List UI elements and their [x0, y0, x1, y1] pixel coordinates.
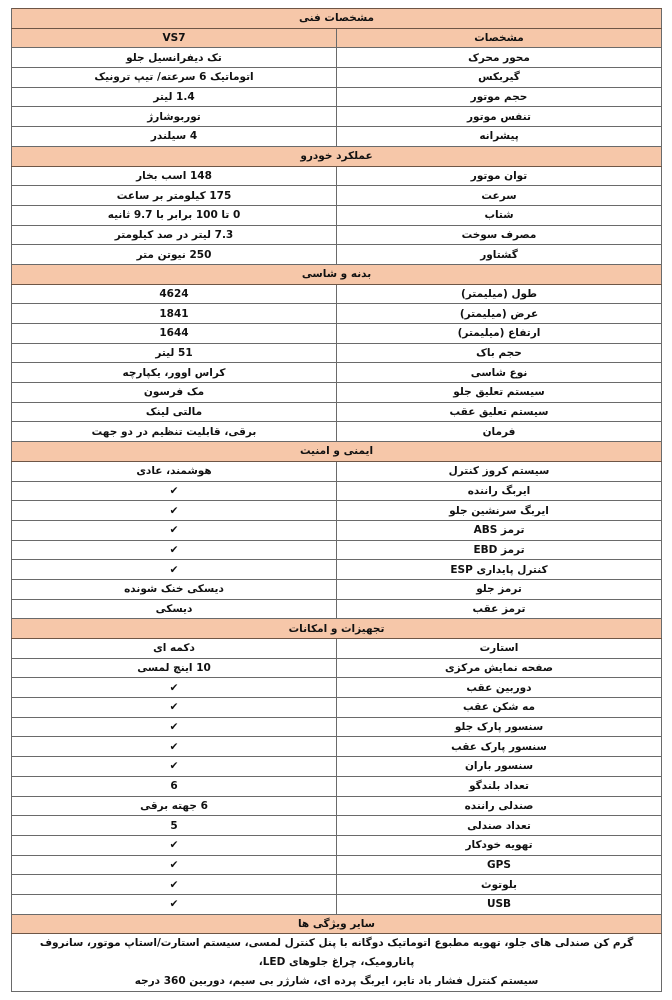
spec-label: ترمز عقب [337, 599, 662, 619]
spec-label: مصرف سوخت [337, 225, 662, 245]
checkmark-icon: ✔ [12, 481, 337, 501]
checkmark-icon: ✔ [12, 678, 337, 698]
spec-label: سیستم کروز کنترل [337, 461, 662, 481]
spec-label: حجم موتور [337, 87, 662, 107]
spec-value: 1644 [12, 324, 337, 344]
spec-label: پیشرانه [337, 127, 662, 147]
spec-label: صندلی راننده [337, 796, 662, 816]
spec-value: 10 اینچ لمسی [12, 658, 337, 678]
table-row: محور محرکتک دیفرانسیل جلو [12, 48, 662, 68]
table-row: استارتدکمه ای [12, 639, 662, 659]
spec-label: ارتفاع (میلیمتر) [337, 324, 662, 344]
table-row: حجم باک51 لیتر [12, 343, 662, 363]
other-features-row: گرم کن صندلی های جلو، تهویه مطبوع اتومات… [12, 934, 662, 992]
spec-value: 0 تا 100 برابر با 9.7 ثانیه [12, 205, 337, 225]
spec-label: سنسور باران [337, 757, 662, 777]
spec-label: گشتاور [337, 245, 662, 265]
table-row: تعداد بلندگو6 [12, 776, 662, 796]
table-row: حجم موتور1.4 لیتر [12, 87, 662, 107]
spec-label: تعداد بلندگو [337, 776, 662, 796]
checkmark-icon: ✔ [12, 717, 337, 737]
spec-label: فرمان [337, 422, 662, 442]
checkmark-icon: ✔ [12, 698, 337, 718]
section-header-row: عملکرد خودرو [12, 146, 662, 166]
section-header-row: سایر ویژگی ها [12, 914, 662, 934]
table-row: گشتاور250 نیوتن متر [12, 245, 662, 265]
spec-label: تعداد صندلی [337, 816, 662, 836]
spec-label: محور محرک [337, 48, 662, 68]
spec-label: کنترل پایداری ESP [337, 560, 662, 580]
spec-label: تهویه خودکار [337, 835, 662, 855]
spec-label: ترمز جلو [337, 579, 662, 599]
checkmark-icon: ✔ [12, 520, 337, 540]
spec-value: 6 جهته برقی [12, 796, 337, 816]
spec-label: ترمز ABS [337, 520, 662, 540]
spec-value: کراس اوور، یکپارچه [12, 363, 337, 383]
spec-value: هوشمند، عادی [12, 461, 337, 481]
table-row: سنسور باران✔ [12, 757, 662, 777]
spec-value: مالتی لینک [12, 402, 337, 422]
table-row: صفحه نمایش مرکزی10 اینچ لمسی [12, 658, 662, 678]
table-row: ایربگ سرنشین جلو✔ [12, 501, 662, 521]
table-title: مشخصات فنی [12, 9, 662, 29]
section-header-row: ایمنی و امنیت [12, 442, 662, 462]
spec-value: توربوشارژ [12, 107, 337, 127]
column-header-label: مشخصات [337, 28, 662, 48]
section-header-row: تجهیزات و امکانات [12, 619, 662, 639]
table-row: ترمز عقبدیسکی [12, 599, 662, 619]
table-row: سیستم تعلیق عقبمالتی لینک [12, 402, 662, 422]
table-row: دوربین عقب✔ [12, 678, 662, 698]
spec-table: مشخصات فنی مشخصات VS7 محور محرکتک دیفران… [11, 8, 662, 992]
spec-value: دیسکی خنک شونده [12, 579, 337, 599]
spec-label: مه شکن عقب [337, 698, 662, 718]
table-row: ترمز جلودیسکی خنک شونده [12, 579, 662, 599]
spec-value: 175 کیلومتر بر ساعت [12, 186, 337, 206]
table-row: شتاب0 تا 100 برابر با 9.7 ثانیه [12, 205, 662, 225]
other-features-line: گرم کن صندلی های جلو، تهویه مطبوع اتومات… [18, 934, 655, 972]
table-row: صندلی راننده6 جهته برقی [12, 796, 662, 816]
table-row: پیشرانه4 سیلندر [12, 127, 662, 147]
checkmark-icon: ✔ [12, 894, 337, 914]
column-header-model: VS7 [12, 28, 337, 48]
table-title-row: مشخصات فنی [12, 9, 662, 29]
table-row: سیستم تعلیق جلومک فرسون [12, 383, 662, 403]
checkmark-icon: ✔ [12, 875, 337, 895]
section-title: بدنه و شاسی [12, 264, 662, 284]
spec-label: سیستم تعلیق عقب [337, 402, 662, 422]
spec-label: سرعت [337, 186, 662, 206]
spec-value: 1.4 لیتر [12, 87, 337, 107]
table-row: تهویه خودکار✔ [12, 835, 662, 855]
spec-value: دیسکی [12, 599, 337, 619]
table-row: مه شکن عقب✔ [12, 698, 662, 718]
table-row: سرعت175 کیلومتر بر ساعت [12, 186, 662, 206]
table-row: ترمز EBD✔ [12, 540, 662, 560]
spec-value: 4 سیلندر [12, 127, 337, 147]
table-row: نوع شاسیکراس اوور، یکپارچه [12, 363, 662, 383]
table-row: USB✔ [12, 894, 662, 914]
spec-value: 7.3 لیتر در صد کیلومتر [12, 225, 337, 245]
table-row: سنسور پارک عقب✔ [12, 737, 662, 757]
section-title: ایمنی و امنیت [12, 442, 662, 462]
spec-label: ایربگ سرنشین جلو [337, 501, 662, 521]
spec-value: 6 [12, 776, 337, 796]
spec-value: 51 لیتر [12, 343, 337, 363]
spec-label: نوع شاسی [337, 363, 662, 383]
table-row: بلوتوث✔ [12, 875, 662, 895]
table-row: کنترل پایداری ESP✔ [12, 560, 662, 580]
spec-label: طول (میلیمتر) [337, 284, 662, 304]
spec-value: 5 [12, 816, 337, 836]
spec-value: 4624 [12, 284, 337, 304]
spec-label: سنسور پارک جلو [337, 717, 662, 737]
table-row: ارتفاع (میلیمتر)1644 [12, 324, 662, 344]
section-title: سایر ویژگی ها [12, 914, 662, 934]
checkmark-icon: ✔ [12, 855, 337, 875]
spec-value: 250 نیوتن متر [12, 245, 337, 265]
section-title: تجهیزات و امکانات [12, 619, 662, 639]
column-header-row: مشخصات VS7 [12, 28, 662, 48]
spec-value: 148 اسب بخار [12, 166, 337, 186]
table-row: تعداد صندلی5 [12, 816, 662, 836]
spec-label: ترمز EBD [337, 540, 662, 560]
table-row: فرمانبرقی، قابلیت تنظیم در دو جهت [12, 422, 662, 442]
table-row: عرض (میلیمتر)1841 [12, 304, 662, 324]
spec-label: GPS [337, 855, 662, 875]
other-features-line: سیستم کنترل فشار باد تایر، ایربگ پرده ای… [18, 972, 655, 991]
checkmark-icon: ✔ [12, 501, 337, 521]
spec-label: سیستم تعلیق جلو [337, 383, 662, 403]
spec-label: استارت [337, 639, 662, 659]
checkmark-icon: ✔ [12, 835, 337, 855]
section-header-row: بدنه و شاسی [12, 264, 662, 284]
spec-value: 1841 [12, 304, 337, 324]
table-row: ترمز ABS✔ [12, 520, 662, 540]
spec-value: دکمه ای [12, 639, 337, 659]
spec-label: سنسور پارک عقب [337, 737, 662, 757]
spec-label: بلوتوث [337, 875, 662, 895]
spec-value: مک فرسون [12, 383, 337, 403]
spec-label: صفحه نمایش مرکزی [337, 658, 662, 678]
table-row: توان موتور148 اسب بخار [12, 166, 662, 186]
spec-label: حجم باک [337, 343, 662, 363]
spec-value: اتوماتیک 6 سرعته/ تیپ ترونیک [12, 68, 337, 88]
spec-label: ایربگ راننده [337, 481, 662, 501]
table-row: ایربگ راننده✔ [12, 481, 662, 501]
table-row: مصرف سوخت7.3 لیتر در صد کیلومتر [12, 225, 662, 245]
checkmark-icon: ✔ [12, 560, 337, 580]
spec-label: عرض (میلیمتر) [337, 304, 662, 324]
table-row: سنسور پارک جلو✔ [12, 717, 662, 737]
other-features-text: گرم کن صندلی های جلو، تهویه مطبوع اتومات… [12, 934, 662, 992]
table-row: سیستم کروز کنترلهوشمند، عادی [12, 461, 662, 481]
spec-label: دوربین عقب [337, 678, 662, 698]
checkmark-icon: ✔ [12, 540, 337, 560]
table-row: طول (میلیمتر)4624 [12, 284, 662, 304]
spec-value: برقی، قابلیت تنظیم در دو جهت [12, 422, 337, 442]
checkmark-icon: ✔ [12, 757, 337, 777]
spec-label: شتاب [337, 205, 662, 225]
checkmark-icon: ✔ [12, 737, 337, 757]
table-row: تنفس موتورتوربوشارژ [12, 107, 662, 127]
spec-value: تک دیفرانسیل جلو [12, 48, 337, 68]
table-row: GPS✔ [12, 855, 662, 875]
table-row: گیربکساتوماتیک 6 سرعته/ تیپ ترونیک [12, 68, 662, 88]
spec-label: توان موتور [337, 166, 662, 186]
spec-label: USB [337, 894, 662, 914]
section-title: عملکرد خودرو [12, 146, 662, 166]
spec-label: تنفس موتور [337, 107, 662, 127]
spec-label: گیربکس [337, 68, 662, 88]
